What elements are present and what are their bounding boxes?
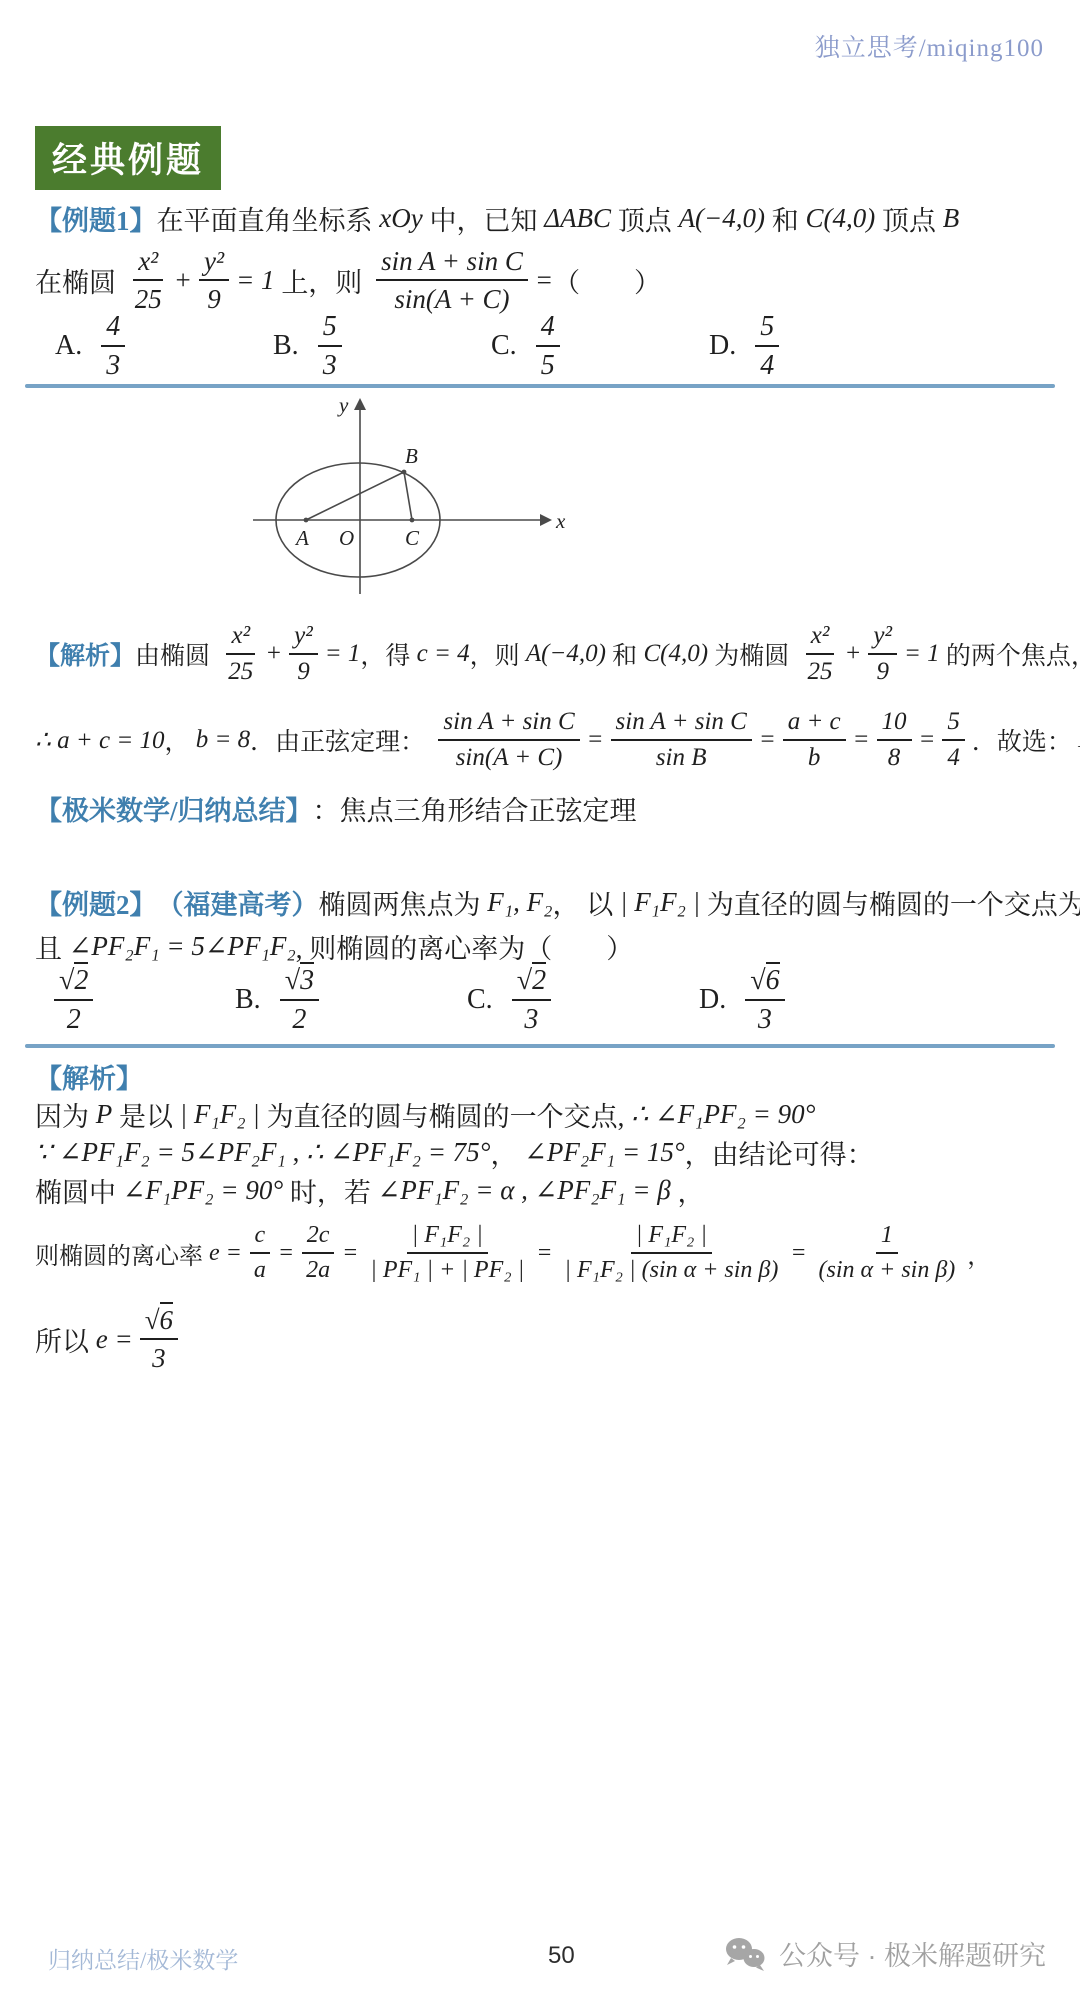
example1-line2-text: 在椭圆 x²25+y²9= 1 上，则 sin A + sin Csin(A +… xyxy=(35,246,661,314)
example1-line1-text: 在平面直角坐标系 xOy 中，已知 ΔABC 顶点 A(−4,0) 和 C(4,… xyxy=(157,199,960,238)
example1-tag: 【例题1】 xyxy=(35,199,157,238)
example1-option-c-label: C. xyxy=(491,330,517,362)
ellipse-figure: A O C B x y xyxy=(238,392,573,600)
example2-option-c: C. √23 xyxy=(467,965,699,1036)
figure-label-B: B xyxy=(405,444,418,468)
analysis2-line4-text: 则椭圆的离心率 e =ca=2c2a=| F₁F₂ || PF₁ | + | P… xyxy=(35,1222,991,1284)
analysis1-line1-text: 由椭圆 x²25+y²9= 1，得 c = 4，则 A(−4,0) 和 C(4,… xyxy=(135,622,1080,686)
footer-right: 公众号 · 极米解题研究 xyxy=(723,1934,1046,1973)
example1-option-b-label: B. xyxy=(273,330,299,362)
point-A xyxy=(304,518,309,523)
analysis2-line5-text: 所以 e =√63 xyxy=(35,1305,185,1373)
example2-line1: 【例题2】（福建高考）椭圆两焦点为 F₁, F₂， 以 | F₁F₂ | 为直径… xyxy=(35,882,1080,922)
example2-option-b-label: B. xyxy=(235,984,261,1016)
analysis2-line5: 所以 e =√63 xyxy=(35,1300,185,1378)
example2-tag: 【例题2】 xyxy=(35,883,157,922)
example1-options: A. 43 B. 53 C. 45 D. 54 xyxy=(35,314,927,378)
example2-option-a: √22 xyxy=(35,965,235,1036)
analysis2-header: 【解析】 xyxy=(35,1056,143,1096)
example1-option-b-value: 53 xyxy=(311,311,349,382)
divider-2 xyxy=(25,1044,1055,1048)
classic-examples-badge: 经典例题 xyxy=(35,126,221,190)
analysis2-tag: 【解析】 xyxy=(35,1057,143,1096)
example2-option-d: D. √63 xyxy=(699,965,931,1036)
analysis1-line1: 【解析】由椭圆 x²25+y²9= 1，得 c = 4，则 A(−4,0) 和 … xyxy=(35,612,1080,696)
example2-option-d-value: √63 xyxy=(738,965,791,1036)
example1-option-d-value: 54 xyxy=(748,311,786,382)
figure-label-A: A xyxy=(294,526,309,550)
example1-option-d: D. 54 xyxy=(709,311,927,382)
segment-AB xyxy=(306,472,404,520)
y-axis-arrow xyxy=(354,398,366,410)
x-axis-arrow xyxy=(540,514,552,526)
example2-option-b: B. √32 xyxy=(235,965,467,1036)
point-C xyxy=(410,518,415,523)
page: 独立思考/miqing100 经典例题 【例题1】在平面直角坐标系 xOy 中，… xyxy=(0,0,1080,2002)
example2-source: （福建高考） xyxy=(157,883,319,922)
analysis1-line2-text: ∴ a + c = 10， b = 8．由正弦定理： sin A + sin C… xyxy=(35,708,1080,772)
footer-left-text: 归纳总结/极米数学 xyxy=(48,1942,238,1975)
example2-line1-text: 椭圆两焦点为 F₁, F₂， 以 | F₁F₂ | 为直径的圆与椭圆的一个交点为… xyxy=(319,883,1080,922)
figure-label-x: x xyxy=(555,509,566,533)
example2-option-d-label: D. xyxy=(699,984,726,1016)
example2-option-a-value: √22 xyxy=(47,965,100,1036)
example2-options: √22 B. √32 C. √23 D. √63 xyxy=(35,960,931,1040)
summary1-line: 【极米数学/归纳总结】：焦点三角形结合正弦定理 xyxy=(35,788,637,828)
example1-option-a: A. 43 xyxy=(35,311,273,382)
example1-option-c: C. 45 xyxy=(491,311,709,382)
divider-1 xyxy=(25,384,1055,388)
example1-line1: 【例题1】在平面直角坐标系 xOy 中，已知 ΔABC 顶点 A(−4,0) 和… xyxy=(35,198,959,238)
figure-label-O: O xyxy=(339,526,354,550)
example1-option-d-label: D. xyxy=(709,330,736,362)
example2-option-c-value: √23 xyxy=(505,965,558,1036)
wechat-icon xyxy=(723,1936,769,1972)
analysis1-tag: 【解析】 xyxy=(35,636,135,672)
example2-option-c-label: C. xyxy=(467,984,493,1016)
header-right-text: 独立思考/miqing100 xyxy=(815,28,1044,64)
analysis1-line2: ∴ a + c = 10， b = 8．由正弦定理： sin A + sin C… xyxy=(35,698,1080,782)
summary1-text: ：焦点三角形结合正弦定理 xyxy=(313,789,637,828)
figure-label-y: y xyxy=(337,393,349,417)
example1-option-b: B. 53 xyxy=(273,311,491,382)
analysis2-line2-text: ∵ ∠PF₁F₂ = 5∠PF₂F₁ , ∴ ∠PF₁F₂ = 75°， ∠PF… xyxy=(35,1133,874,1172)
analysis2-line3-text: 椭圆中 ∠F₁PF₂ = 90° 时，若 ∠PF₁F₂ = α , ∠PF₂F₁… xyxy=(35,1171,704,1210)
figure-label-C: C xyxy=(405,526,420,550)
footer-right-text: 公众号 · 极米解题研究 xyxy=(779,1934,1046,1973)
analysis2-line2: ∵ ∠PF₁F₂ = 5∠PF₂F₁ , ∴ ∠PF₁F₂ = 75°， ∠PF… xyxy=(35,1132,874,1172)
analysis2-line4: 则椭圆的离心率 e =ca=2c2a=| F₁F₂ || PF₁ | + | P… xyxy=(35,1208,991,1298)
example1-line2: 在椭圆 x²25+y²9= 1 上，则 sin A + sin Csin(A +… xyxy=(35,238,661,322)
segment-BC xyxy=(404,472,412,520)
point-B xyxy=(402,470,407,475)
example1-option-c-value: 45 xyxy=(529,311,567,382)
example1-option-a-label: A. xyxy=(55,330,82,362)
example2-option-b-value: √32 xyxy=(273,965,326,1036)
analysis2-line3: 椭圆中 ∠F₁PF₂ = 90° 时，若 ∠PF₁F₂ = α , ∠PF₂F₁… xyxy=(35,1170,704,1210)
example1-option-a-value: 43 xyxy=(94,311,132,382)
analysis2-line1: 因为 P 是以 | F₁F₂ | 为直径的圆与椭圆的一个交点, ∴ ∠F₁PF₂… xyxy=(35,1094,815,1134)
summary1-tag: 【极米数学/归纳总结】 xyxy=(35,789,313,828)
page-number: 50 xyxy=(548,1942,575,1970)
analysis2-line1-text: 因为 P 是以 | F₁F₂ | 为直径的圆与椭圆的一个交点, ∴ ∠F₁PF₂… xyxy=(35,1095,815,1134)
